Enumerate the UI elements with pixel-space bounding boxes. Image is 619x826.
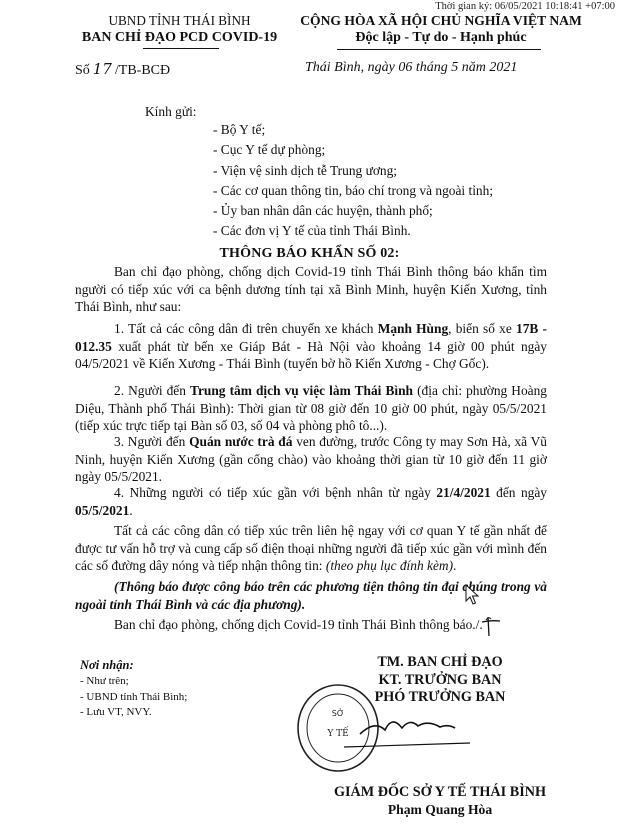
addressee-label: Kính gửi: bbox=[145, 104, 197, 120]
recipient-item: - Lưu VT, NVY. bbox=[80, 705, 187, 721]
issuing-authority: UBND TỈNH THÁI BÌNH BAN CHỈ ĐẠO PCD COVI… bbox=[62, 12, 297, 46]
signature-line-1: TM. BAN CHỈ ĐẠO bbox=[300, 654, 580, 672]
motto-underline bbox=[337, 49, 541, 50]
signatory-name: Phạm Quang Hòa bbox=[280, 801, 600, 818]
item-2-paragraph: 2. Người đến Trung tâm dịch vụ việc làm … bbox=[75, 382, 547, 435]
recipients-list: - Như trên; - UBND tỉnh Thái Bình; - Lưu… bbox=[80, 674, 187, 721]
addressee-item: - Viện vệ sinh dịch tễ Trung ương; bbox=[213, 161, 493, 181]
document-number: Số17/TB-BCĐ bbox=[75, 60, 170, 79]
signature-line-3: PHÓ TRƯỞNG BAN bbox=[300, 689, 580, 707]
handwritten-initial-icon bbox=[480, 614, 502, 638]
authority-name: BAN CHỈ ĐẠO PCD COVID-19 bbox=[62, 29, 297, 46]
national-motto: CỘNG HÒA XÃ HỘI CHỦ NGHĨA VIỆT NAM Độc l… bbox=[276, 12, 606, 46]
item-3-paragraph: 3. Người đến Quán nước trà đá ven đường,… bbox=[75, 433, 547, 486]
addressee-item: - Các đơn vị Y tế của tỉnh Thái Bình. bbox=[213, 221, 493, 241]
intro-paragraph: Ban chỉ đạo phòng, chống dịch Covid-19 t… bbox=[75, 263, 547, 316]
authority-parent: UBND TỈNH THÁI BÌNH bbox=[62, 12, 297, 29]
authority-underline bbox=[143, 48, 219, 49]
addressee-item: - Ủy ban nhân dân các huyện, thành phố; bbox=[213, 201, 493, 221]
place-date: Thái Bình, ngày 06 tháng 5 năm 2021 bbox=[305, 60, 517, 76]
motto: Độc lập - Tự do - Hạnh phúc bbox=[276, 29, 606, 46]
signatory: GIÁM ĐỐC SỞ Y TẾ THÁI BÌNH Phạm Quang Hò… bbox=[280, 784, 600, 818]
mouse-cursor-icon bbox=[465, 584, 479, 606]
addressee-item: - Cục Y tế dự phòng; bbox=[213, 140, 493, 160]
signatory-role: GIÁM ĐỐC SỞ Y TẾ THÁI BÌNH bbox=[280, 784, 600, 801]
notice-title: THÔNG BÁO KHẨN SỐ 02: bbox=[0, 246, 619, 262]
item-1-paragraph: 1. Tất cả các công dân đi trên chuyến xe… bbox=[75, 320, 547, 373]
addressee-list: - Bộ Y tế; - Cục Y tế dự phòng; - Viện v… bbox=[213, 120, 493, 242]
signature-line-2: KT. TRƯỞNG BAN bbox=[300, 672, 580, 690]
digital-signature-timestamp: Thời gian ký: 06/05/2021 10:18:41 +07:00 bbox=[435, 1, 615, 12]
signature-title-block: TM. BAN CHỈ ĐẠO KT. TRƯỞNG BAN PHÓ TRƯỞN… bbox=[300, 654, 580, 707]
closing-line: Ban chỉ đạo phòng, chống dịch Covid-19 t… bbox=[75, 616, 547, 634]
recipient-item: - UBND tỉnh Thái Bình; bbox=[80, 690, 187, 706]
item-4-paragraph: 4. Những người có tiếp xúc gần với bệnh … bbox=[75, 484, 547, 519]
recipients-label: Nơi nhận: bbox=[80, 658, 134, 673]
handwritten-number: 17 bbox=[93, 60, 112, 78]
handwritten-signature-icon bbox=[330, 710, 480, 750]
addressee-item: - Các cơ quan thông tin, báo chí trong v… bbox=[213, 181, 493, 201]
country-name: CỘNG HÒA XÃ HỘI CHỦ NGHĨA VIỆT NAM bbox=[276, 12, 606, 29]
contact-paragraph: Tất cả các công dân có tiếp xúc trên liê… bbox=[75, 522, 547, 575]
addressee-item: - Bộ Y tế; bbox=[213, 120, 493, 140]
recipient-item: - Như trên; bbox=[80, 674, 187, 690]
